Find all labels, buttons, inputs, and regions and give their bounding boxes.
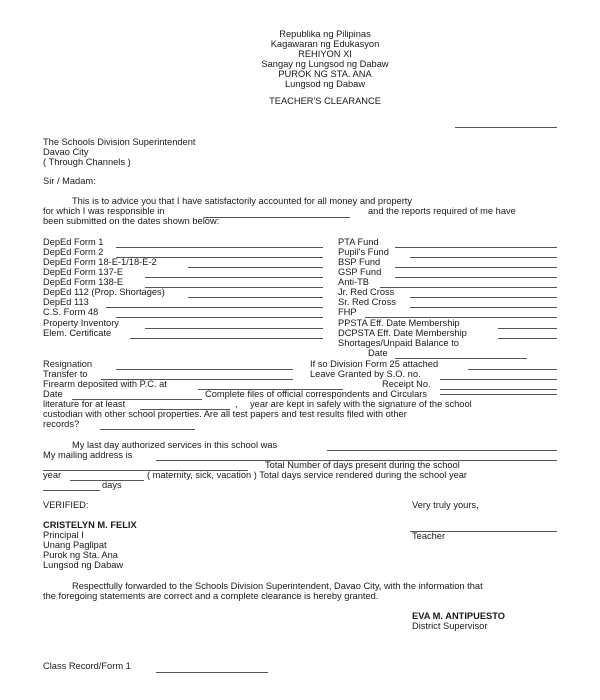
verified-label: VERIFIED: bbox=[43, 500, 88, 511]
header-line: Lungsod ng Dabaw bbox=[200, 79, 450, 90]
form-field[interactable] bbox=[116, 247, 323, 248]
form-field[interactable] bbox=[145, 328, 323, 329]
maternity-text: ( maternity, sick, vacation ) Total days… bbox=[147, 470, 467, 481]
mailing-label: My mailing address is bbox=[43, 450, 132, 461]
days-label: days bbox=[102, 480, 122, 491]
resignation-field[interactable] bbox=[116, 369, 293, 370]
last-day-field[interactable] bbox=[327, 450, 557, 451]
days-service-field[interactable] bbox=[43, 490, 100, 491]
form-field[interactable] bbox=[188, 297, 323, 298]
forward-text: the foregoing statements are correct and… bbox=[43, 591, 378, 602]
fund-field[interactable] bbox=[395, 277, 557, 278]
fund-field[interactable] bbox=[410, 257, 557, 258]
class-record-label: Class Record/Form 1 bbox=[43, 661, 131, 672]
salutation: Sir / Madam: bbox=[43, 176, 96, 187]
form-field[interactable] bbox=[188, 267, 323, 268]
form-label: C.S. Form 48 bbox=[43, 307, 98, 318]
intro-text: been submitted on the dates shown below: bbox=[43, 216, 219, 227]
addressee-line: ( Through Channels ) bbox=[43, 157, 131, 168]
receipt-field[interactable] bbox=[440, 389, 557, 390]
leave-field[interactable] bbox=[440, 379, 557, 380]
year-label: year bbox=[43, 470, 61, 481]
form-field[interactable] bbox=[116, 317, 323, 318]
circulars-field[interactable] bbox=[440, 394, 557, 395]
form-field[interactable] bbox=[106, 307, 323, 308]
date-line[interactable] bbox=[455, 127, 557, 128]
teacher-label: Teacher bbox=[412, 531, 445, 542]
class-record-field[interactable] bbox=[156, 672, 268, 673]
closing-text: Very truly yours, bbox=[412, 500, 479, 511]
fund-field[interactable] bbox=[395, 267, 557, 268]
custodian-text: custodian with other school properties. … bbox=[43, 409, 407, 420]
fund-field[interactable] bbox=[395, 247, 557, 248]
form-field[interactable] bbox=[130, 338, 323, 339]
form-field[interactable] bbox=[145, 277, 323, 278]
fund-label: FHP bbox=[338, 307, 357, 318]
supervisor-title: District Supervisor bbox=[412, 621, 487, 632]
records-field[interactable] bbox=[100, 429, 195, 430]
form-field[interactable] bbox=[145, 287, 323, 288]
fund-label: Shortages/Unpaid Balance to bbox=[338, 338, 459, 349]
fund-label: Date bbox=[368, 348, 388, 359]
records-label: records? bbox=[43, 419, 79, 430]
form-label: Elem. Certificate bbox=[43, 328, 111, 339]
div-form-field[interactable] bbox=[468, 369, 557, 370]
fund-field[interactable] bbox=[410, 297, 557, 298]
intro-text: and the reports required of me have bbox=[368, 206, 516, 217]
principal-address: Lungsod ng Dabaw bbox=[43, 560, 123, 571]
fund-field[interactable] bbox=[380, 287, 557, 288]
document-title: TEACHER'S CLEARANCE bbox=[200, 96, 450, 107]
fund-field[interactable] bbox=[498, 338, 557, 339]
fund-field[interactable] bbox=[410, 307, 557, 308]
responsible-field[interactable] bbox=[204, 217, 350, 218]
fund-field[interactable] bbox=[498, 328, 557, 329]
